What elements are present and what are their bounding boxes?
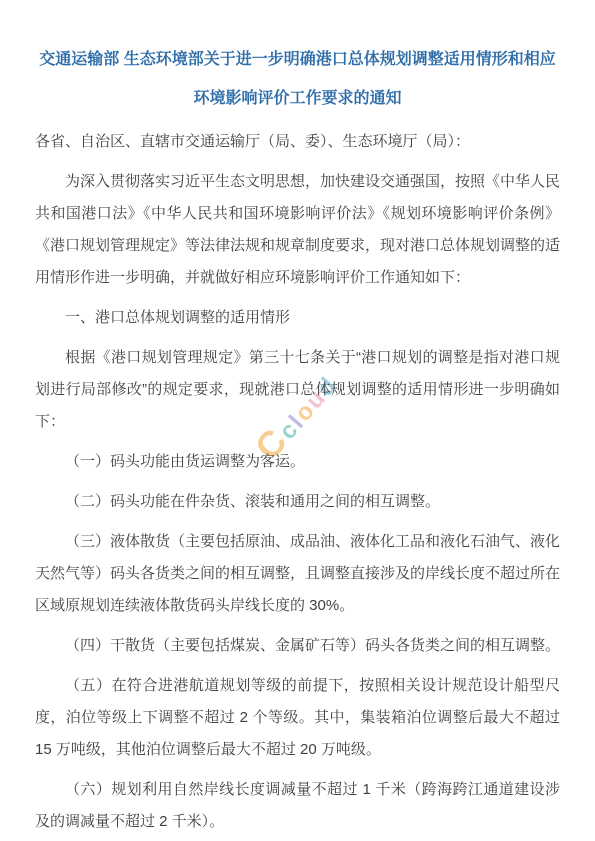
body-paragraph: （四）干散货（主要包括煤炭、金属矿石等）码头各货类之间的相互调整。 [35,630,560,662]
section-heading: 一、港口总体规划调整的适用情形 [35,302,560,334]
body-paragraph: （三）液体散货（主要包括原油、成品油、液体化工品和液化石油气、液化天然气等）码头… [35,526,560,622]
document-page: 交通运输部 生态环境部关于进一步明确港口总体规划调整适用情形和相应环境影响评价工… [0,0,595,838]
body-paragraph: （二）码头功能在件杂货、滚装和通用之间的相互调整。 [35,486,560,518]
body-paragraph: 为深入贯彻落实习近平生态文明思想，加快建设交通强国，按照《中华人民共和国港口法》… [35,166,560,294]
document-title: 交通运输部 生态环境部关于进一步明确港口总体规划调整适用情形和相应环境影响评价工… [35,40,560,118]
body-paragraph: （六）规划利用自然岸线长度调减量不超过 1 千米（跨海跨江通道建设涉及的调减量不… [35,774,560,838]
body-paragraph: （五）在符合进港航道规划等级的前提下，按照相关设计规范设计船型尺度，泊位等级上下… [35,670,560,766]
document-salutation: 各省、自治区、直辖市交通运输厅（局、委）、生态环境厅（局）： [35,126,560,158]
body-paragraph: 根据《港口规划管理规定》第三十七条关于“港口规划的调整是指对港口规划进行局部修改… [35,342,560,438]
body-paragraph: （一）码头功能由货运调整为客运。 [35,446,560,478]
document-body: 为深入贯彻落实习近平生态文明思想，加快建设交通强国，按照《中华人民共和国港口法》… [35,166,560,838]
